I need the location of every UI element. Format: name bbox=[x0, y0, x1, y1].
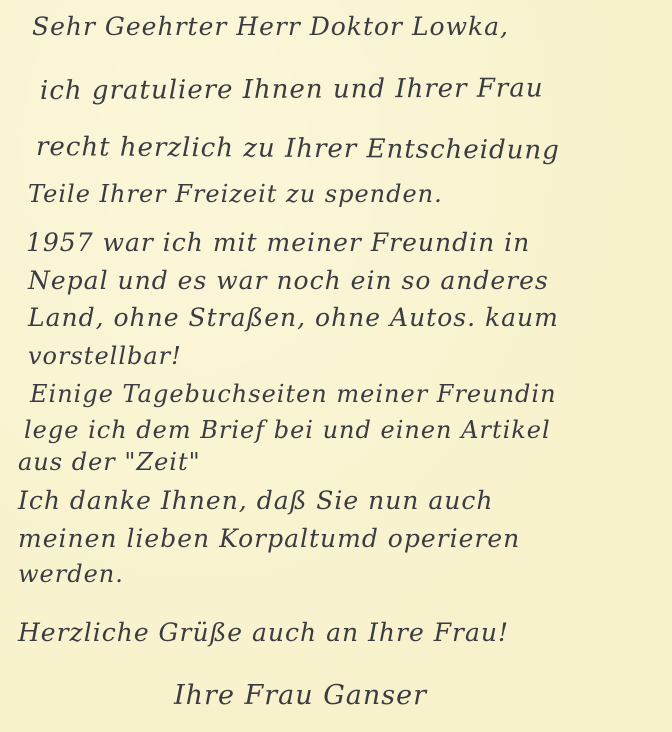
letter-line-8: Einige Tagebuchseiten meiner Freundin bbox=[30, 382, 557, 406]
letter-line-7: vorstellbar! bbox=[28, 344, 182, 368]
letter-line-10: aus der "Zeit" bbox=[18, 450, 201, 474]
letter-line-5: Nepal und es war noch ein so anderes bbox=[28, 268, 549, 293]
letter-salutation: Sehr Geehrter Herr Doktor Lowka, bbox=[32, 14, 509, 39]
handwritten-letter: Sehr Geehrter Herr Doktor Lowka, ich gra… bbox=[0, 0, 672, 732]
letter-line-13: werden. bbox=[18, 562, 124, 586]
letter-line-2: recht herzlich zu Ihrer Entscheidung bbox=[36, 134, 560, 164]
letter-line-9: lege ich dem Brief bei und einen Artikel bbox=[24, 418, 551, 442]
letter-line-6: Land, ohne Straßen, ohne Autos. kaum bbox=[28, 305, 559, 330]
letter-closing: Herzliche Grüße auch an Ihre Frau! bbox=[18, 620, 509, 645]
letter-line-12: meinen lieben Korpaltumd operieren bbox=[18, 526, 520, 551]
letter-line-1: ich gratuliere Ihnen und Ihrer Frau bbox=[40, 75, 544, 104]
letter-line-4: 1957 war ich mit meiner Freundin in bbox=[26, 230, 530, 255]
letter-line-11: Ich danke Ihnen, daß Sie nun auch bbox=[18, 488, 493, 513]
letter-signature: Ihre Frau Ganser bbox=[174, 682, 427, 709]
letter-line-3: Teile Ihrer Freizeit zu spenden. bbox=[28, 182, 443, 206]
